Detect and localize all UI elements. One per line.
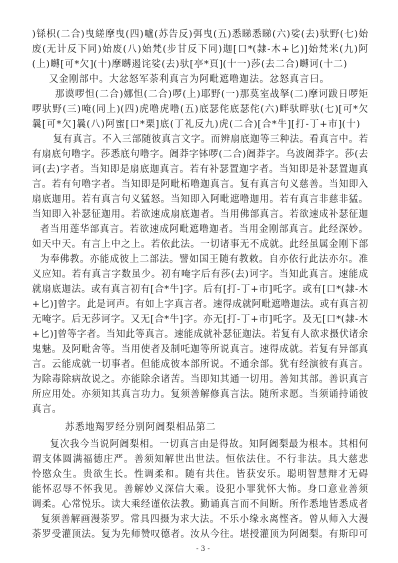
paragraph-line: 复须善解画漫荼罗。常具四摄为求大法。不乐小缘永离悭吝。曾从师入大漫 <box>41 512 368 527</box>
paragraph-line: 谓支体圆满福德庄严。善须知解世出世法。恒依法住。不行非法。具大慈悲 <box>32 452 368 467</box>
acharya-qualities-paragraph: 复次我今当说阿阇梨相。一切真言由是得故。知阿阇梨最为根本。其相何 谓支体圆满福德… <box>0 0 398 563</box>
paragraph-line: 荼罗受灌顶法。复为先师赞叹德者。汝从今往。堪授灌顶为阿阇梨。有斯印可 <box>32 527 368 542</box>
document-page: )铩枳(二合)曳縒摩曳(四)嚧(苏告反)弭曳(五)悉睇悉睇(六)娑(去)驮野(七… <box>0 0 398 563</box>
paragraph-line: 调柔。心常悦乐。读大乘经谨依法教。勤诵真言而不间断。所作悉地皆悉成者 <box>32 497 368 512</box>
paragraph-line: 怜愍众生。贵欲生长。性调柔和。随有共住。皆获安乐。聪明智慧辩才无碍 <box>32 467 368 482</box>
paragraph-line: 复次我今当说阿阇梨相。一切真言由是得故。知阿阇梨最为根本。其相何 <box>50 437 368 452</box>
paragraph-line: 能怀忍辱不怀我见。善解妙义深信大乘。设犯小罪犹怀大怖。身口意业善须 <box>32 482 368 497</box>
page-number: - 3 - <box>183 543 223 555</box>
